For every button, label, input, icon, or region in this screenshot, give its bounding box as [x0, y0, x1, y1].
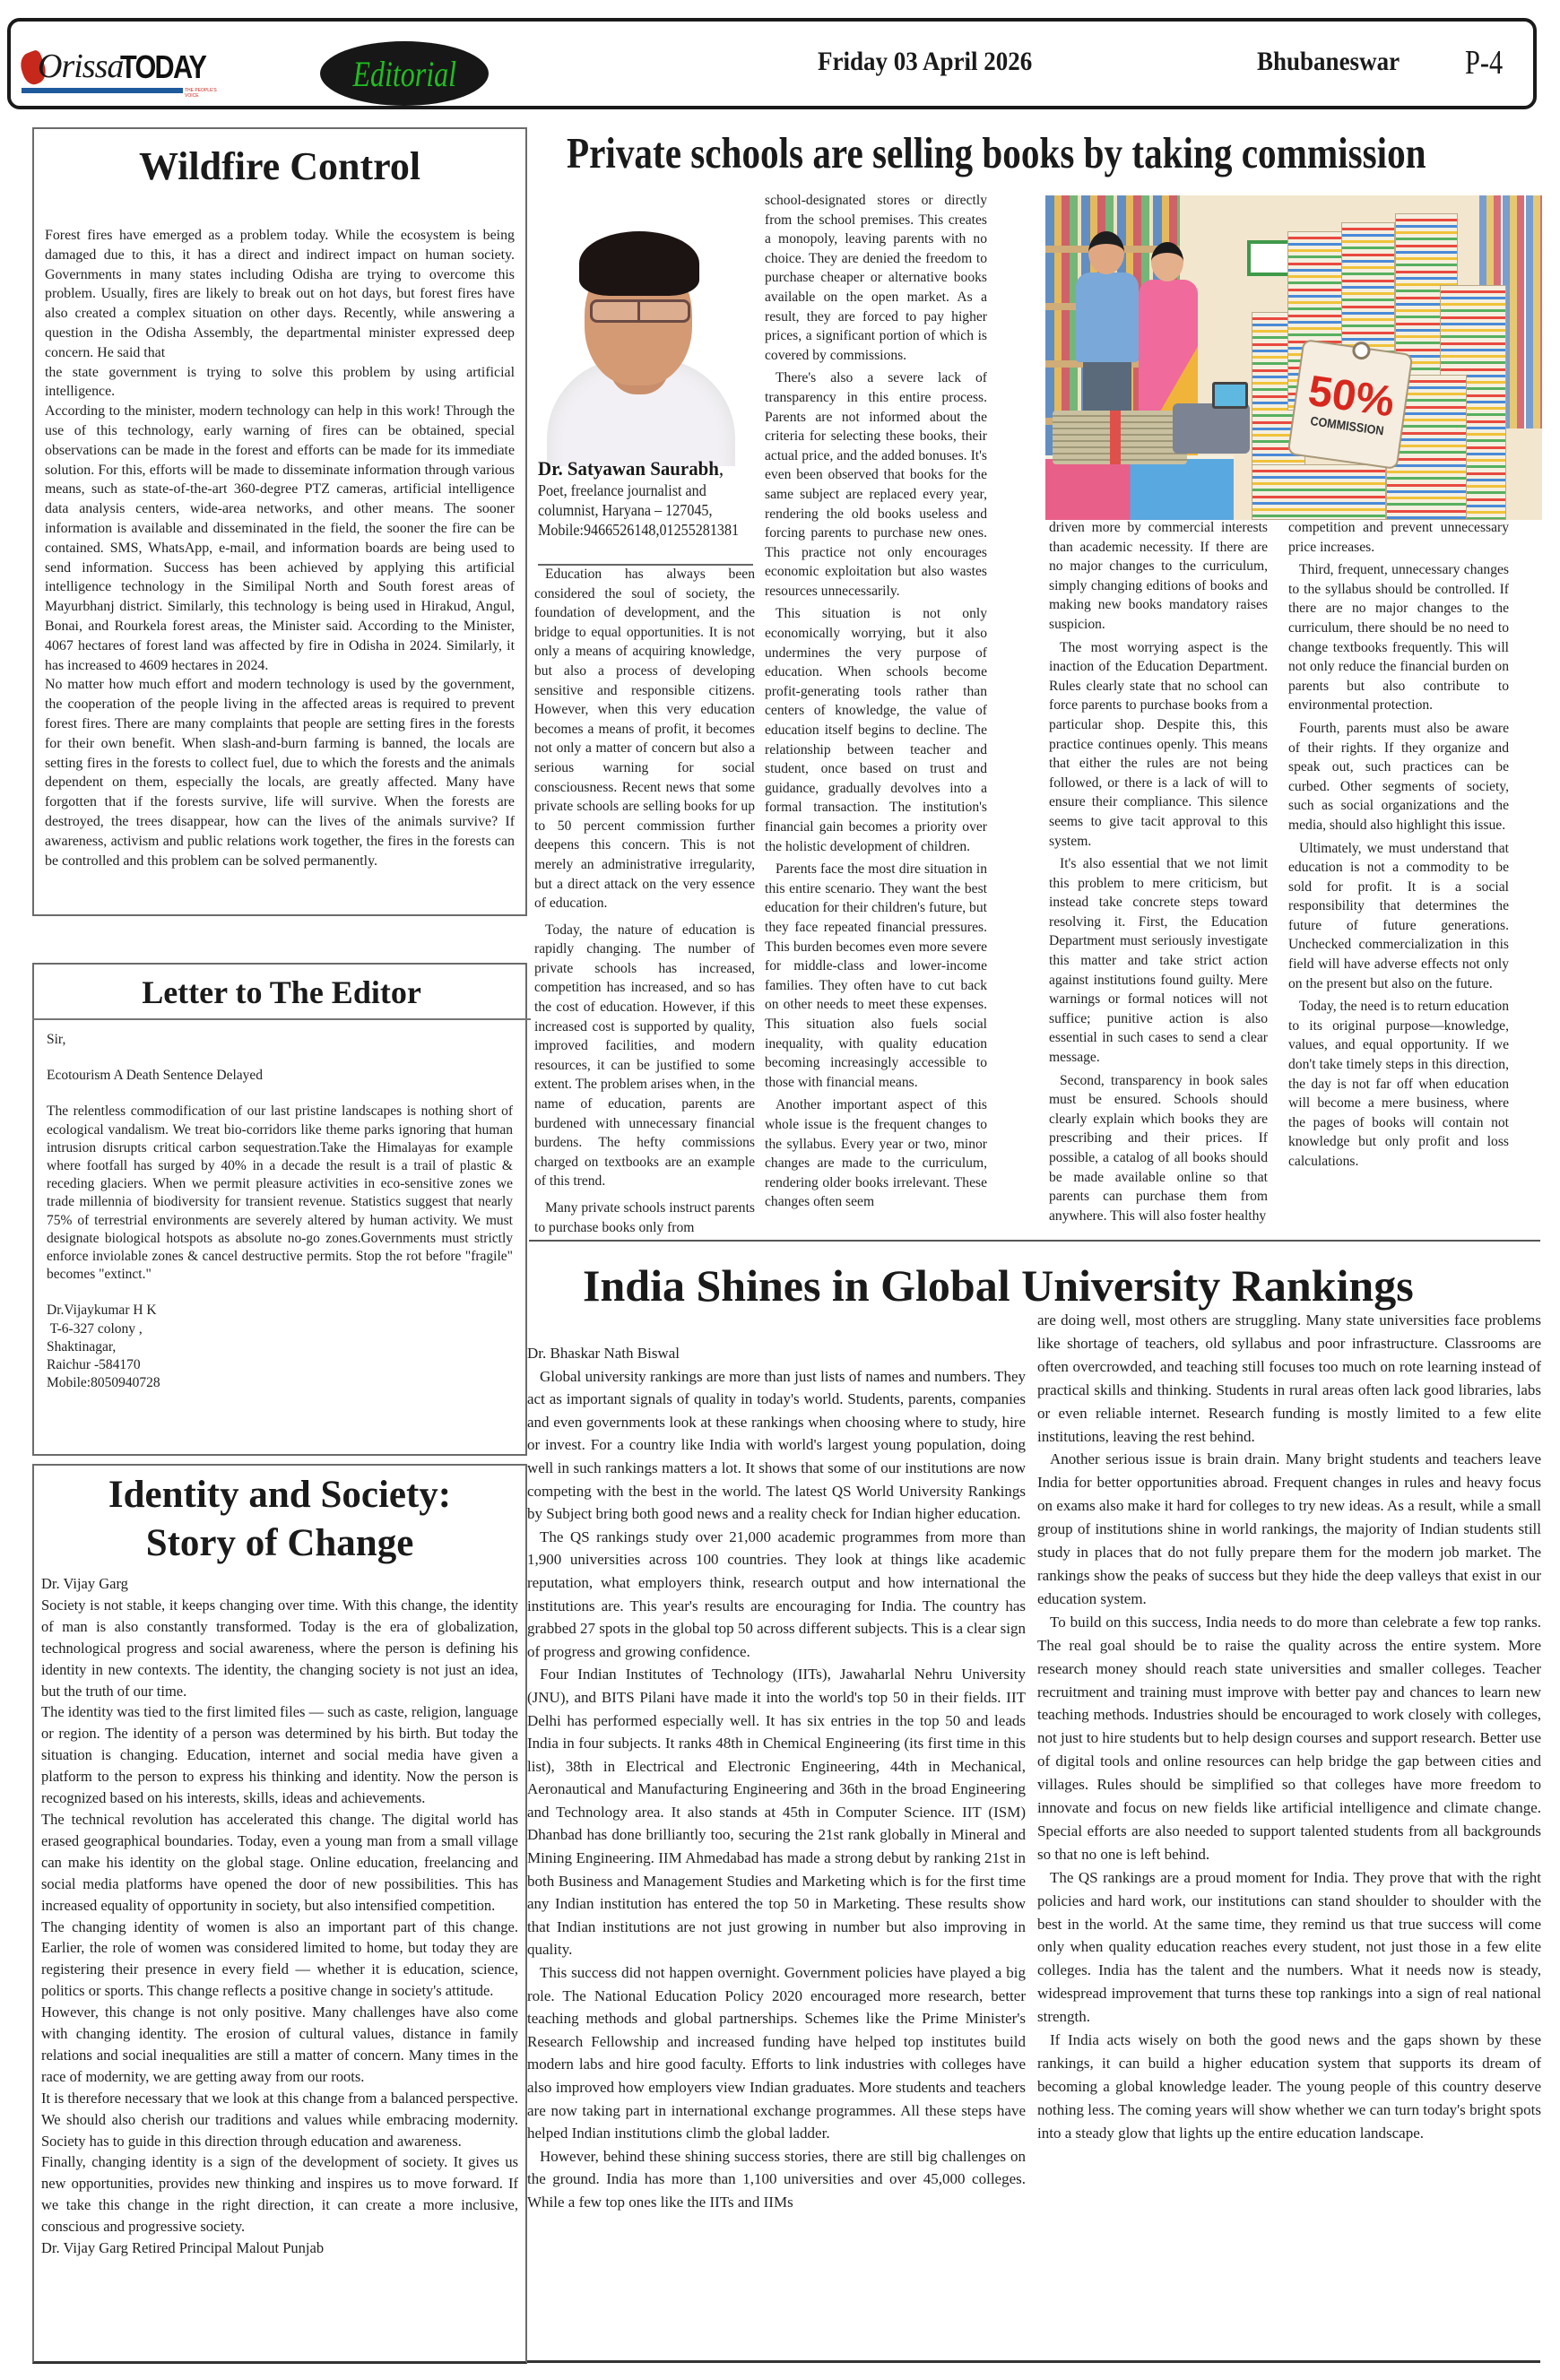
glasses-icon: [590, 299, 690, 323]
letter-text: The relentless commodification of our la…: [47, 1103, 513, 1284]
issue-date: Friday 03 April 2026: [818, 47, 1032, 77]
signature-line: Dr.Vijaykumar H K: [47, 1302, 513, 1320]
commission-illustration: 50% COMMISSION: [1045, 195, 1542, 520]
title-line-2: Story of Change: [146, 1522, 414, 1564]
paragraph: The identity was tied to the first limit…: [41, 1701, 518, 1809]
signature-line: Shaktinagar,: [47, 1338, 513, 1356]
signature-line: Mobile:8050940728: [47, 1374, 513, 1392]
author-block: Dr. Satyawan Saurabh, Poet, freelance jo…: [538, 457, 753, 540]
letter-body: Sir, Ecotourism A Death Sentence Delayed…: [34, 1020, 525, 1392]
paragraph: Forest fires have emerged as a problem t…: [45, 226, 515, 363]
section-badge-editorial: Editorial: [320, 41, 489, 106]
paragraph: driven more by commercial interests than…: [1049, 518, 1268, 635]
page-number: P-4: [1465, 43, 1503, 82]
paragraph: Many private schools instruct parents to…: [534, 1199, 755, 1237]
author-description: Poet, freelance journalist and: [538, 480, 736, 500]
paragraph: The QS rankings study over 21,000 academ…: [527, 1526, 1026, 1664]
section-divider: [529, 1240, 1540, 1242]
paragraph: Ultimately, we must understand that educ…: [1288, 839, 1509, 994]
paragraph: competition and prevent unnecessary pric…: [1288, 518, 1509, 557]
article-column-2: school-designated stores or directly fro…: [765, 191, 987, 1212]
article-body: Forest fires have emerged as a problem t…: [45, 226, 515, 870]
section-badge-label: Editorial: [352, 53, 456, 95]
paragraph: the state government is trying to solve …: [45, 363, 515, 402]
paragraph: The technical revolution has accelerated…: [41, 1809, 518, 1917]
letter-to-the-editor: Letter to The Editor Sir, Ecotourism A D…: [32, 963, 527, 1456]
paragraph: There's also a severe lack of transparen…: [765, 368, 987, 601]
byline: Dr. Bhaskar Nath Biswal: [527, 1342, 1026, 1365]
paragraph: If India acts wisely on both the good ne…: [1037, 2029, 1541, 2145]
article-column-1: Dr. Bhaskar Nath Biswal Global universit…: [527, 1342, 1026, 2214]
paragraph: Today, the need is to return education t…: [1288, 997, 1509, 1171]
logo-word-today: TODAY: [120, 48, 205, 86]
title-line-1: Identity and Society:: [108, 1474, 451, 1516]
paragraph: This success did not happen overnight. G…: [527, 1961, 1026, 2145]
paragraph: Third, frequent, unnecessary changes to …: [1288, 560, 1509, 715]
cash-bundle-icon: [1053, 411, 1187, 464]
masthead: Orissa TODAY THE PEOPLE'S VOICE Editoria…: [7, 18, 1537, 109]
article-column-1: Education has always been considered the…: [534, 565, 755, 1237]
section-title: Letter to The Editor: [32, 965, 531, 1020]
paragraph: It is therefore necessary that we look a…: [41, 2088, 518, 2152]
author-description: columnist, Haryana – 127045,: [538, 500, 736, 520]
edition-city: Bhubaneswar: [1257, 47, 1400, 77]
commission-price-tag: 50% COMMISSION: [1287, 339, 1414, 470]
paragraph: However, behind these shining success st…: [527, 2145, 1026, 2214]
paragraph: The changing identity of women is also a…: [41, 1917, 518, 2003]
paragraph: However, this change is not only positiv…: [41, 2002, 518, 2088]
paragraph: are doing well, most others are struggli…: [1037, 1309, 1541, 1448]
article-body: Dr. Vijay Garg Society is not stable, it…: [41, 1573, 518, 2259]
paragraph: It's also essential that we not limit th…: [1049, 854, 1268, 1068]
paragraph: Four Indian Institutes of Technology (II…: [527, 1663, 1026, 1961]
logo-underline-bar: [22, 88, 183, 93]
paragraph: Parents face the most dire situation in …: [765, 860, 987, 1092]
paragraph: Another serious issue is brain drain. Ma…: [1037, 1448, 1541, 1610]
letter-salutation: Sir,: [47, 1031, 513, 1049]
author-photo: [538, 188, 735, 466]
author-contact: Mobile:9466526148,01255281381: [538, 520, 736, 540]
paragraph: Global university rankings are more than…: [527, 1365, 1026, 1526]
signature-line: Raichur -584170: [47, 1356, 513, 1374]
article-column-3: driven more by commercial interests than…: [1049, 518, 1268, 1225]
paragraph: school-designated stores or directly fro…: [765, 191, 987, 365]
signature-line: T-6-327 colony ,: [47, 1320, 513, 1338]
paragraph: The QS rankings are a proud moment for I…: [1037, 1866, 1541, 2029]
article-column-4: competition and prevent unnecessary pric…: [1288, 518, 1509, 1172]
paragraph: According to the minister, modern techno…: [45, 402, 515, 675]
paragraph: To build on this success, India needs to…: [1037, 1611, 1541, 1866]
paragraph: The most worrying aspect is the inaction…: [1049, 638, 1268, 852]
paragraph: Today, the nature of education is rapidl…: [534, 921, 755, 1191]
article-title: Identity and Society: Story of Change: [41, 1471, 518, 1568]
paragraph: Second, transparency in book sales must …: [1049, 1071, 1268, 1226]
letter-subject: Ecotourism A Death Sentence Delayed: [47, 1067, 513, 1085]
signoff: Dr. Vijay Garg Retired Principal Malout …: [41, 2237, 518, 2259]
paragraph: Society is not stable, it keeps changing…: [41, 1595, 518, 1702]
article-column-2: are doing well, most others are struggli…: [1037, 1309, 1541, 2145]
article-wildfire-control: Wildfire Control Forest fires have emerg…: [32, 127, 527, 916]
article-title-india-rankings: India Shines in Global University Rankin…: [583, 1259, 1524, 1311]
cash-register-icon: [1173, 403, 1250, 454]
author-name: Dr. Satyawan Saurabh,: [538, 457, 742, 480]
paragraph: Fourth, parents must also be aware of th…: [1288, 719, 1509, 835]
byline: Dr. Vijay Garg: [41, 1573, 518, 1595]
logo-tagline: THE PEOPLE'S VOICE: [185, 88, 226, 99]
paragraph: Another important aspect of this whole i…: [765, 1095, 987, 1212]
paragraph: Education has always been considered the…: [534, 565, 755, 913]
article-title: Wildfire Control: [45, 143, 515, 213]
page-bottom-rule: [527, 2360, 1540, 2363]
textbook-pile: [1045, 455, 1234, 520]
article-identity-and-society: Identity and Society: Story of Change Dr…: [32, 1464, 527, 2364]
paragraph: This situation is not only economically …: [765, 604, 987, 856]
logo-word-orissa: Orissa: [38, 47, 123, 86]
orissa-today-logo[interactable]: Orissa TODAY THE PEOPLE'S VOICE: [20, 47, 226, 91]
paragraph: Finally, changing identity is a sign of …: [41, 2151, 518, 2237]
paragraph: No matter how much effort and modern tec…: [45, 675, 515, 870]
article-title-private-schools: Private schools are selling books by tak…: [567, 127, 1388, 178]
